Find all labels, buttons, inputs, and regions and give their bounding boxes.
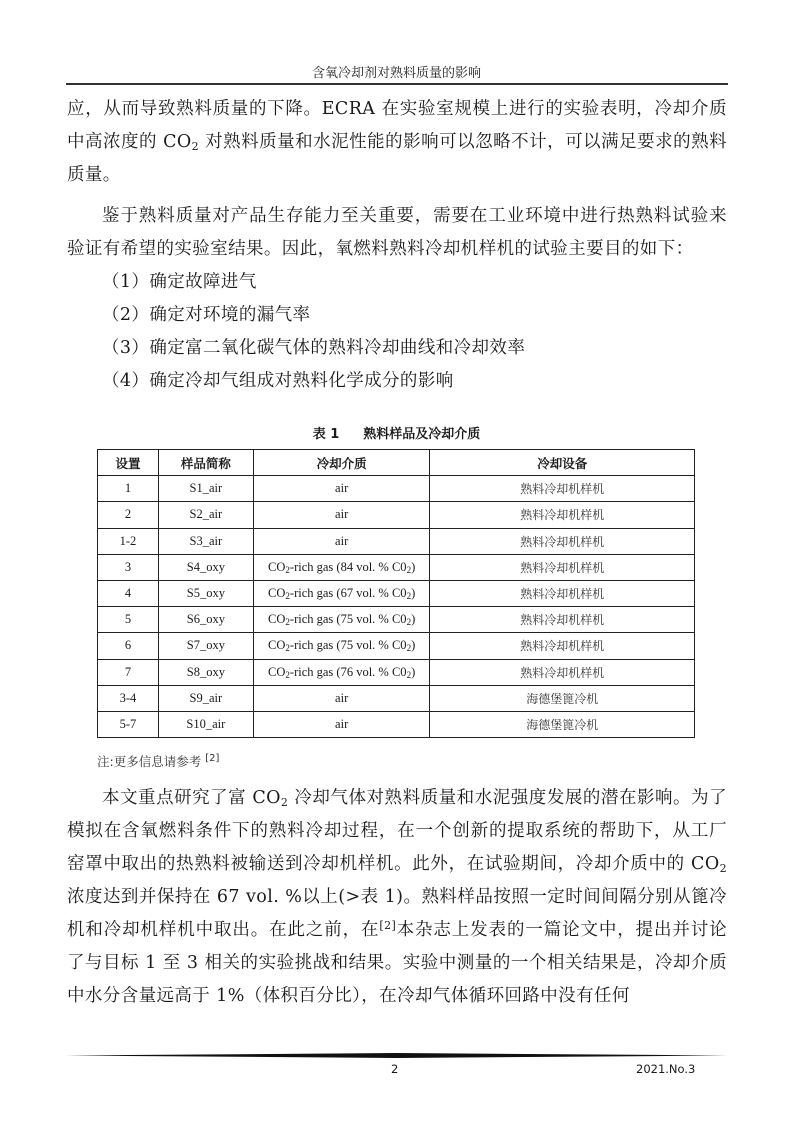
footer-rule	[66, 1053, 728, 1058]
medium-text: -rich gas (76 vol. % C0	[290, 665, 407, 679]
table-row: 7 S8_oxy CO2-rich gas (76 vol. % C02) 熟料…	[98, 659, 695, 685]
header-rule	[66, 83, 728, 85]
page-number: 2	[391, 1062, 398, 1076]
cell-sample: S4_oxy	[158, 554, 253, 580]
cell-setting: 7	[98, 659, 159, 685]
medium-text: )	[411, 665, 415, 679]
medium-text: CO	[268, 586, 285, 600]
cell-sample: S1_air	[158, 476, 253, 502]
paragraph-2-text: 鉴于熟料质量对产品生存能力至关重要，需要在工业环境中进行热熟料试验来验证有希望的…	[67, 200, 727, 266]
column-header-setting: 设置	[98, 450, 159, 476]
table-row: 5 S6_oxy CO2-rich gas (75 vol. % C02) 熟料…	[98, 607, 695, 633]
cell-sample: S2_air	[158, 502, 253, 528]
paragraph-3-text-a: 本文重点研究了富 CO	[102, 788, 281, 808]
cell-equipment: 熟料冷却机样机	[430, 502, 695, 528]
cell-sample: S5_oxy	[158, 580, 253, 606]
medium-text: CO	[268, 612, 285, 626]
table-caption-number: 表 1	[313, 427, 340, 442]
cell-setting: 1	[98, 476, 159, 502]
table-row: 6 S7_oxy CO2-rich gas (75 vol. % C02) 熟料…	[98, 633, 695, 659]
medium-text: )	[411, 586, 415, 600]
medium-text: )	[411, 612, 415, 626]
cell-sample: S8_oxy	[158, 659, 253, 685]
table-row: 1-2 S3_air air 熟料冷却机样机	[98, 528, 695, 554]
paragraph-1: 应，从而导致熟料质量的下降。ECRA 在实验室规模上进行的实验表明，冷却介质中高…	[67, 93, 727, 192]
cell-medium: CO2-rich gas (67 vol. % C02)	[253, 580, 430, 606]
objective-item-3: （3）确定富二氧化碳气体的熟料冷却曲线和冷却效率	[67, 332, 727, 365]
cell-equipment: 熟料冷却机样机	[430, 580, 695, 606]
table-header-row: 设置 样品简称 冷却介质 冷却设备	[98, 450, 695, 476]
cell-medium: CO2-rich gas (84 vol. % C02)	[253, 554, 430, 580]
cell-medium: air	[253, 528, 430, 554]
cell-medium: air	[253, 685, 430, 711]
table-note-text: 注:更多信息请参考	[97, 754, 205, 769]
objective-item-4: （4）确定冷却气组成对熟料化学成分的影响	[67, 365, 727, 398]
table-caption: 表 1熟料样品及冷却介质	[66, 423, 727, 442]
cell-setting: 1-2	[98, 528, 159, 554]
subscript: 2	[720, 862, 727, 875]
medium-text: -rich gas (67 vol. % C0	[290, 586, 407, 600]
cell-medium: air	[253, 711, 430, 737]
cell-setting: 5	[98, 607, 159, 633]
cell-equipment: 海德堡篦冷机	[430, 685, 695, 711]
issue-label: 2021.No.3	[636, 1062, 695, 1076]
table-row: 2 S2_air air 熟料冷却机样机	[98, 502, 695, 528]
cell-equipment: 海德堡篦冷机	[430, 711, 695, 737]
column-header-medium: 冷却介质	[253, 450, 430, 476]
medium-text: -rich gas (75 vol. % C0	[290, 612, 407, 626]
paragraph-3: 本文重点研究了富 CO2 冷却气体对熟料质量和水泥强度发展的潜在影响。为了模拟在…	[67, 782, 727, 1013]
cell-sample: S9_air	[158, 685, 253, 711]
cell-setting: 6	[98, 633, 159, 659]
column-header-sample: 样品简称	[158, 450, 253, 476]
medium-text: CO	[268, 665, 285, 679]
paragraph-2: 鉴于熟料质量对产品生存能力至关重要，需要在工业环境中进行热熟料试验来验证有希望的…	[67, 200, 727, 266]
cell-medium: CO2-rich gas (75 vol. % C02)	[253, 633, 430, 659]
medium-text: -rich gas (84 vol. % C0	[290, 560, 407, 574]
cell-equipment: 熟料冷却机样机	[430, 633, 695, 659]
objectives-list: （1）确定故障进气 （2）确定对环境的漏气率 （3）确定富二氧化碳气体的熟料冷却…	[67, 266, 727, 398]
cell-equipment: 熟料冷却机样机	[430, 528, 695, 554]
reference-marker: [2]	[205, 753, 219, 764]
cell-sample: S6_oxy	[158, 607, 253, 633]
objective-item-1: （1）确定故障进气	[67, 266, 727, 299]
cell-equipment: 熟料冷却机样机	[430, 554, 695, 580]
running-header-title: 含氧冷却剂对熟料质量的影响	[66, 62, 727, 81]
medium-text: )	[411, 638, 415, 652]
cell-medium: air	[253, 502, 430, 528]
table-note: 注:更多信息请参考 [2]	[97, 752, 219, 770]
cell-equipment: 熟料冷却机样机	[430, 607, 695, 633]
medium-text: )	[411, 560, 415, 574]
cell-sample: S7_oxy	[158, 633, 253, 659]
medium-text: CO	[268, 560, 285, 574]
cell-medium: air	[253, 476, 430, 502]
cell-sample: S10_air	[158, 711, 253, 737]
cell-equipment: 熟料冷却机样机	[430, 659, 695, 685]
objective-item-2: （2）确定对环境的漏气率	[67, 299, 727, 332]
subscript: 2	[192, 140, 199, 153]
clinker-samples-table: 设置 样品简称 冷却介质 冷却设备 1 S1_air air 熟料冷却机样机 2…	[97, 449, 695, 738]
cell-equipment: 熟料冷却机样机	[430, 476, 695, 502]
cell-setting: 2	[98, 502, 159, 528]
column-header-equipment: 冷却设备	[430, 450, 695, 476]
cell-setting: 3-4	[98, 685, 159, 711]
table-row: 4 S5_oxy CO2-rich gas (67 vol. % C02) 熟料…	[98, 580, 695, 606]
table-row: 1 S1_air air 熟料冷却机样机	[98, 476, 695, 502]
cell-setting: 5-7	[98, 711, 159, 737]
cell-setting: 4	[98, 580, 159, 606]
reference-marker: [2]	[379, 919, 396, 932]
medium-text: -rich gas (75 vol. % C0	[290, 638, 407, 652]
table-row: 3 S4_oxy CO2-rich gas (84 vol. % C02) 熟料…	[98, 554, 695, 580]
table-row: 3-4 S9_air air 海德堡篦冷机	[98, 685, 695, 711]
cell-medium: CO2-rich gas (76 vol. % C02)	[253, 659, 430, 685]
cell-setting: 3	[98, 554, 159, 580]
cell-sample: S3_air	[158, 528, 253, 554]
table-caption-title: 熟料样品及冷却介质	[363, 427, 480, 442]
table-row: 5-7 S10_air air 海德堡篦冷机	[98, 711, 695, 737]
medium-text: CO	[268, 638, 285, 652]
cell-medium: CO2-rich gas (75 vol. % C02)	[253, 607, 430, 633]
